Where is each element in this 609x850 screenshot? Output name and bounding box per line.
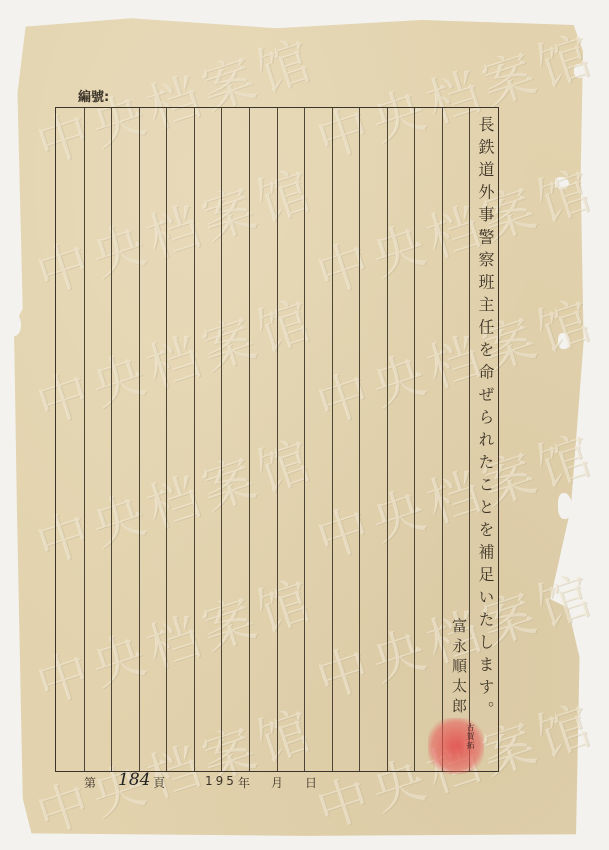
year-label: 年: [238, 774, 250, 791]
page-prefix: 第: [84, 774, 96, 791]
seal-text: 古賀拓: [465, 723, 476, 750]
column-rule: [221, 108, 222, 771]
code-number-label: 編號:: [78, 86, 109, 105]
column-rule: [442, 108, 443, 771]
column-rule: [194, 108, 195, 771]
column-rule: [332, 108, 333, 771]
column-rule: [304, 108, 305, 771]
paper-tear: [558, 333, 570, 349]
column-rule: [166, 108, 167, 771]
paper-tear: [555, 177, 569, 189]
day-label: 日: [305, 774, 317, 791]
body-text-column: 長鉄道外事警察班主任を命ぜられたことを補足いたします。: [474, 116, 497, 724]
column-rule: [359, 108, 360, 771]
paper-tear: [558, 493, 572, 519]
column-rule: [111, 108, 112, 771]
signature: 富永順太郎: [449, 618, 470, 718]
column-rule: [84, 108, 85, 771]
manuscript-grid: [55, 107, 499, 772]
column-rule: [277, 108, 278, 771]
page-suffix: 頁: [153, 774, 165, 791]
month-label: 月: [271, 774, 283, 791]
column-rule: [414, 108, 415, 771]
page-number: 184: [118, 770, 150, 790]
paper-tear: [7, 312, 21, 336]
column-rule: [139, 108, 140, 771]
column-rule: [387, 108, 388, 771]
paper-tear: [574, 64, 586, 78]
year-prefix: 195: [205, 774, 237, 788]
column-rule: [249, 108, 250, 771]
